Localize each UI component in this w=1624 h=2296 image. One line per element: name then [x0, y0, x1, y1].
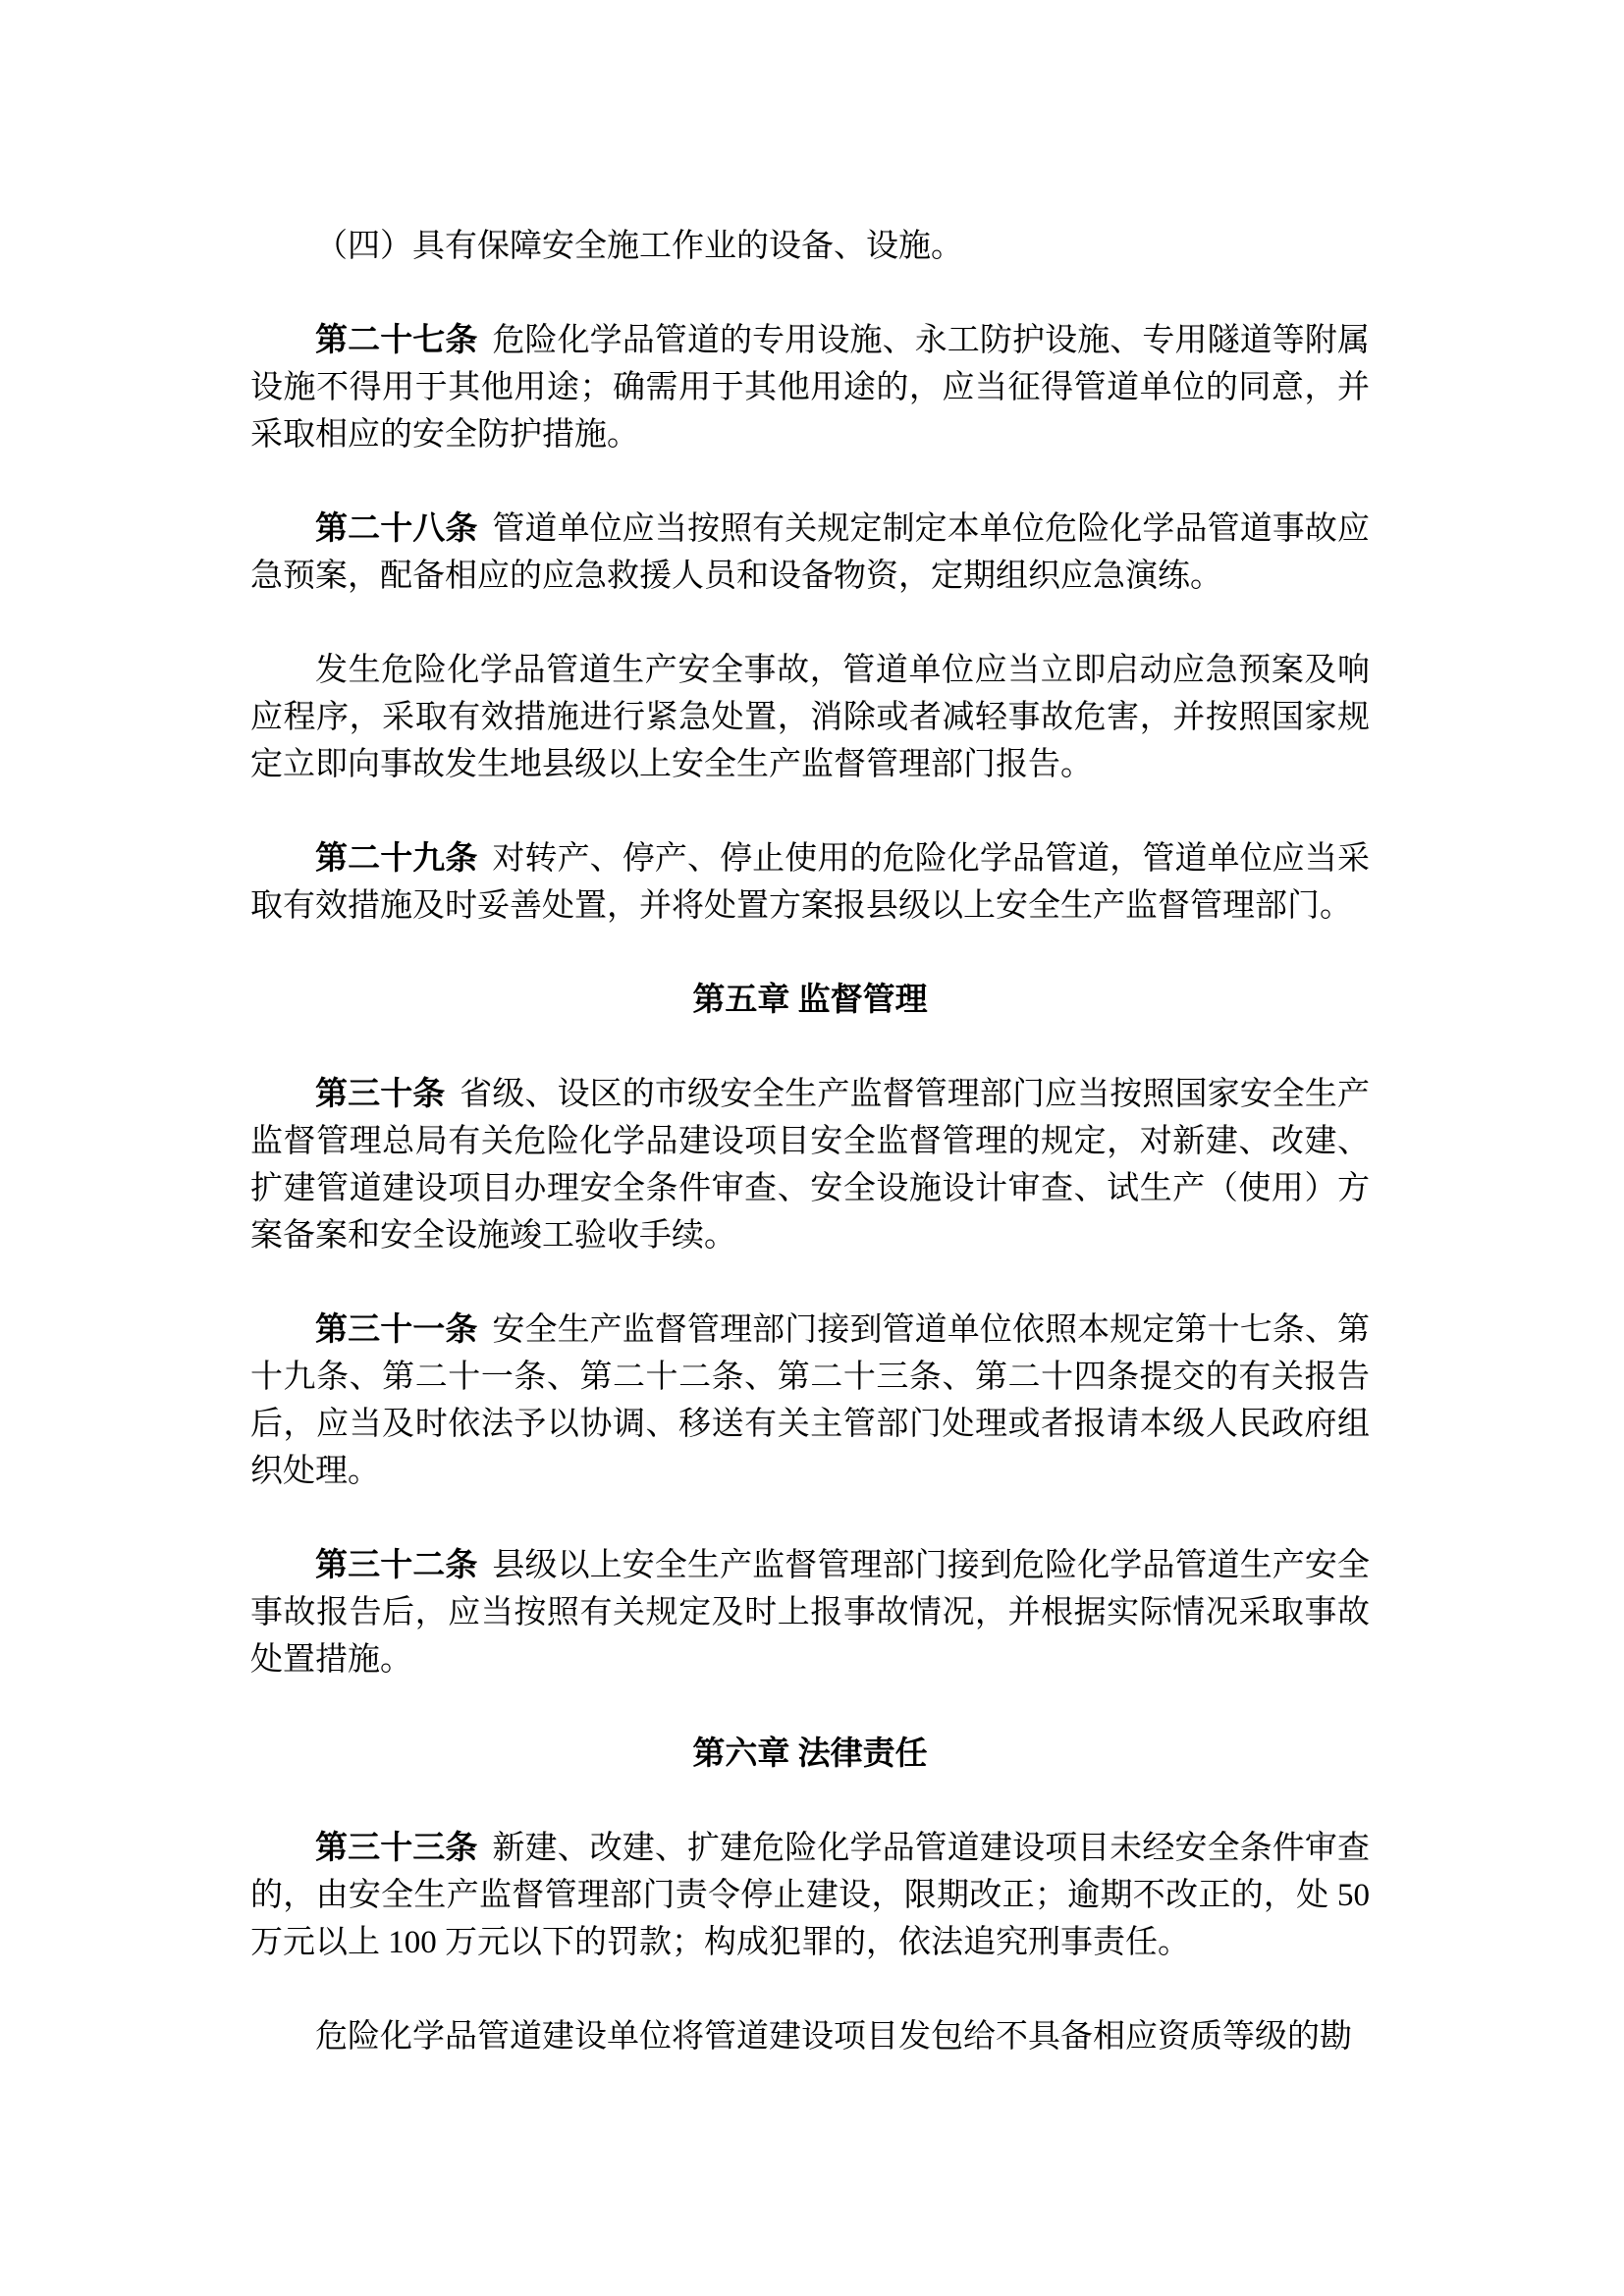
paragraph: 发生危险化学品管道生产安全事故，管道单位应当立即启动应急预案及响应程序，采取有效… — [250, 647, 1370, 788]
paragraph: 第三十三条新建、改建、扩建危险化学品管道建设项目未经安全条件审查的，由安全生产监… — [250, 1825, 1370, 1966]
chapter-heading: 第六章 法律责任 — [250, 1731, 1370, 1778]
paragraph: （四）具有保障安全施工作业的设备、设施。 — [250, 223, 1370, 270]
document-text-block: （四）具有保障安全施工作业的设备、设施。 第二十七条危险化学品管道的专用设施、永… — [250, 223, 1370, 2060]
paragraph: 第二十七条危险化学品管道的专用设施、永工防护设施、专用隧道等附属设施不得用于其他… — [250, 317, 1370, 458]
document-page: （四）具有保障安全施工作业的设备、设施。 第二十七条危险化学品管道的专用设施、永… — [0, 0, 1624, 2296]
paragraph: 第三十二条县级以上安全生产监督管理部门接到危险化学品管道生产安全事故报告后，应当… — [250, 1542, 1370, 1683]
article-number: 第三十一条 — [315, 1312, 478, 1348]
paragraph: 危险化学品管道建设单位将管道建设项目发包给不具备相应资质等级的勘 — [250, 2013, 1370, 2060]
article-number: 第三十三条 — [315, 1831, 478, 1866]
article-number: 第三十条 — [315, 1077, 445, 1112]
paragraph-text: （四）具有保障安全施工作业的设备、设施。 — [315, 229, 963, 264]
paragraph: 第三十一条安全生产监督管理部门接到管道单位依照本规定第十七条、第十九条、第二十一… — [250, 1307, 1370, 1495]
article-number: 第三十二条 — [315, 1548, 478, 1583]
article-number: 第二十七条 — [315, 323, 478, 358]
article-number: 第二十九条 — [315, 841, 478, 877]
article-number: 第二十八条 — [315, 511, 478, 547]
chapter-heading: 第五章 监督管理 — [250, 977, 1370, 1024]
paragraph: 第二十九条对转产、停产、停止使用的危险化学品管道，管道单位应当采取有效措施及时妥… — [250, 835, 1370, 930]
paragraph-text: 发生危险化学品管道生产安全事故，管道单位应当立即启动应急预案及响应程序，采取有效… — [250, 653, 1370, 782]
paragraph: 第三十条省级、设区的市级安全生产监督管理部门应当按照国家安全生产监督管理总局有关… — [250, 1071, 1370, 1259]
paragraph-text: 危险化学品管道建设单位将管道建设项目发包给不具备相应资质等级的勘 — [315, 2019, 1352, 2055]
paragraph: 第二十八条管道单位应当按照有关规定制定本单位危险化学品管道事故应急预案，配备相应… — [250, 506, 1370, 600]
